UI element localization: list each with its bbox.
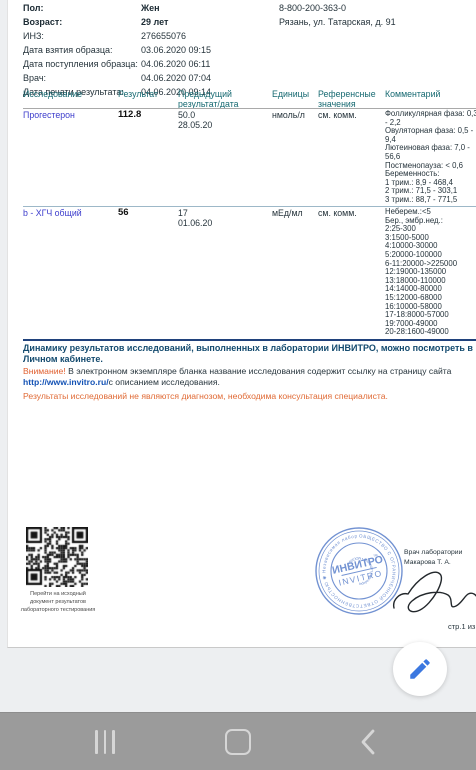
attention-label: Внимание! [23,366,66,376]
result-value: 112.8 [118,110,141,120]
lab-report-document[interactable]: Пол: Жен Возраст: 29 лет ИНЗ: 276655076 … [7,0,476,648]
units: мЕд/мл [272,208,303,218]
back-button[interactable] [338,713,398,770]
doctor-title: Врач лаборатории [404,548,462,558]
field-label: Пол: [23,3,43,13]
back-chevron-icon [360,729,376,755]
col-header-result: Результат [118,90,158,100]
lab-phone: 8-800-200-363-0 [279,3,346,13]
col-header-comment: Комментарий [385,90,440,100]
page-number: стр.1 из 1 [448,622,476,631]
field-label: Дата поступления образца: [23,59,138,69]
units: нмоль/л [272,110,305,120]
previous-result: 50.0 28.05.20 [178,110,212,130]
col-header-units: Единицы [272,90,309,100]
field-label: Дата взятия образца: [23,45,113,55]
field-value: Жен [141,3,160,13]
doctor-signature [390,564,476,628]
disclaimer-note: Результаты исследований не являются диаг… [23,391,388,401]
test-name-link[interactable]: b - ХГЧ общий [23,208,82,218]
result-value: 56 [118,208,129,218]
recents-button[interactable] [75,713,135,770]
pencil-icon [407,656,433,682]
reference: см. комм. [318,110,357,120]
lab-address: Рязань, ул. Татарская, д. 91 [279,17,396,27]
home-button[interactable] [208,713,268,770]
comment: Фолликулярная фаза: 0,3 - 2,2 Овуляторна… [385,110,476,205]
invitro-url-link[interactable]: http://www.invitro.ru/ [23,377,109,387]
field-value: 276655076 [141,31,186,41]
attention-note-line2: http://www.invitro.ru/с описанием исслед… [23,377,220,387]
col-header-reference: Референсные значения [318,90,376,109]
android-navbar [0,712,476,770]
recents-icon [95,730,115,754]
table-bottom-rule [23,339,476,341]
phone-screen: Пол: Жен Возраст: 29 лет ИНЗ: 276655076 … [0,0,476,770]
field-value: 03.06.2020 09:15 [141,45,211,55]
attention-text-rest: с описанием исследования. [109,377,220,387]
field-label: Возраст: [23,17,62,27]
field-value: 04.06.2020 06:11 [141,59,210,69]
field-label: ИНЗ: [23,31,44,41]
comment: Неберем.:<5 Бер., эмбр.нед.: 2:25-300 3:… [385,208,476,337]
attention-text: В электронном экземпляре бланка название… [66,366,452,376]
qr-caption: Перейти на исходный документ результатов… [8,590,108,614]
field-value: 29 лет [141,17,168,27]
field-value: 04.06.2020 07:04 [141,73,211,83]
test-name-link[interactable]: Прогестерон [23,110,75,120]
home-icon [225,729,251,755]
reference: см. комм. [318,208,357,218]
qr-code[interactable] [26,527,88,587]
dynamics-note: Динамику результатов исследований, выпол… [23,343,473,365]
edit-fab-button[interactable] [393,642,447,696]
attention-note-line1: Внимание! В электронном экземпляре бланк… [23,366,451,376]
field-label: Врач: [23,73,46,83]
previous-result: 17 01.06.20 [178,208,212,228]
col-header-test: Исследование [23,90,82,100]
col-header-previous: Предыдущий результат/дата [178,90,239,109]
